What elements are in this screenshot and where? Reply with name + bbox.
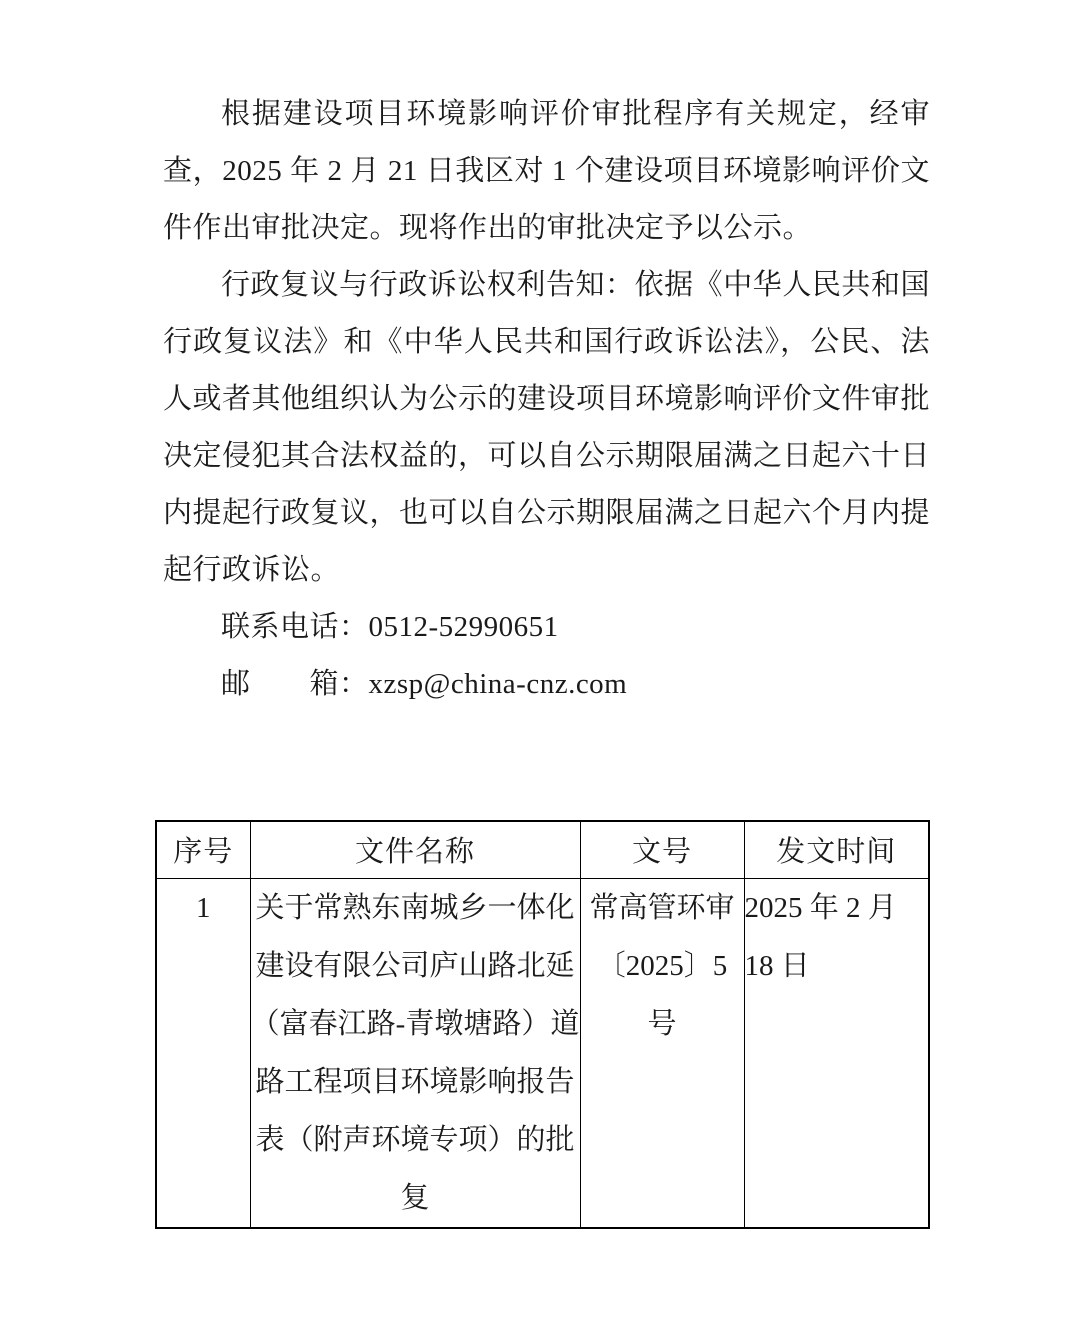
cell-issue-date: 2025 年 2 月 18 日 <box>744 878 929 1228</box>
cell-document-number: 常高管环审〔2025〕5 号 <box>580 878 744 1228</box>
approval-decision-table: 序号 文件名称 文号 发文时间 1 关于常熟东南城乡一体化建设有限公司庐山路北延… <box>155 820 930 1229</box>
document-page: 根据建设项目环境影响评价审批程序有关规定，经审查，2025 年 2 月 21 日… <box>0 0 1080 1329</box>
document-content: 根据建设项目环境影响评价审批程序有关规定，经审查，2025 年 2 月 21 日… <box>0 0 1080 1229</box>
contact-email-line: 邮 箱：xzsp@china-cnz.com <box>163 656 930 713</box>
table-header-row: 序号 文件名称 文号 发文时间 <box>156 821 929 878</box>
cell-document-title: 关于常熟东南城乡一体化建设有限公司庐山路北延（富春江路-青墩塘路）道路工程项目环… <box>250 878 580 1228</box>
column-header-issue-date: 发文时间 <box>744 821 929 878</box>
paragraph-rights-notice: 行政复议与行政诉讼权利告知：依据《中华人民共和国行政复议法》和《中华人民共和国行… <box>163 257 930 599</box>
column-header-document-number: 文号 <box>580 821 744 878</box>
paragraph-approval-announcement: 根据建设项目环境影响评价审批程序有关规定，经审查，2025 年 2 月 21 日… <box>163 86 930 257</box>
contact-phone-line: 联系电话：0512-52990651 <box>163 599 930 656</box>
cell-index: 1 <box>156 878 250 1228</box>
column-header-document-title: 文件名称 <box>250 821 580 878</box>
column-header-index: 序号 <box>156 821 250 878</box>
table-row: 1 关于常熟东南城乡一体化建设有限公司庐山路北延（富春江路-青墩塘路）道路工程项… <box>156 878 929 1228</box>
